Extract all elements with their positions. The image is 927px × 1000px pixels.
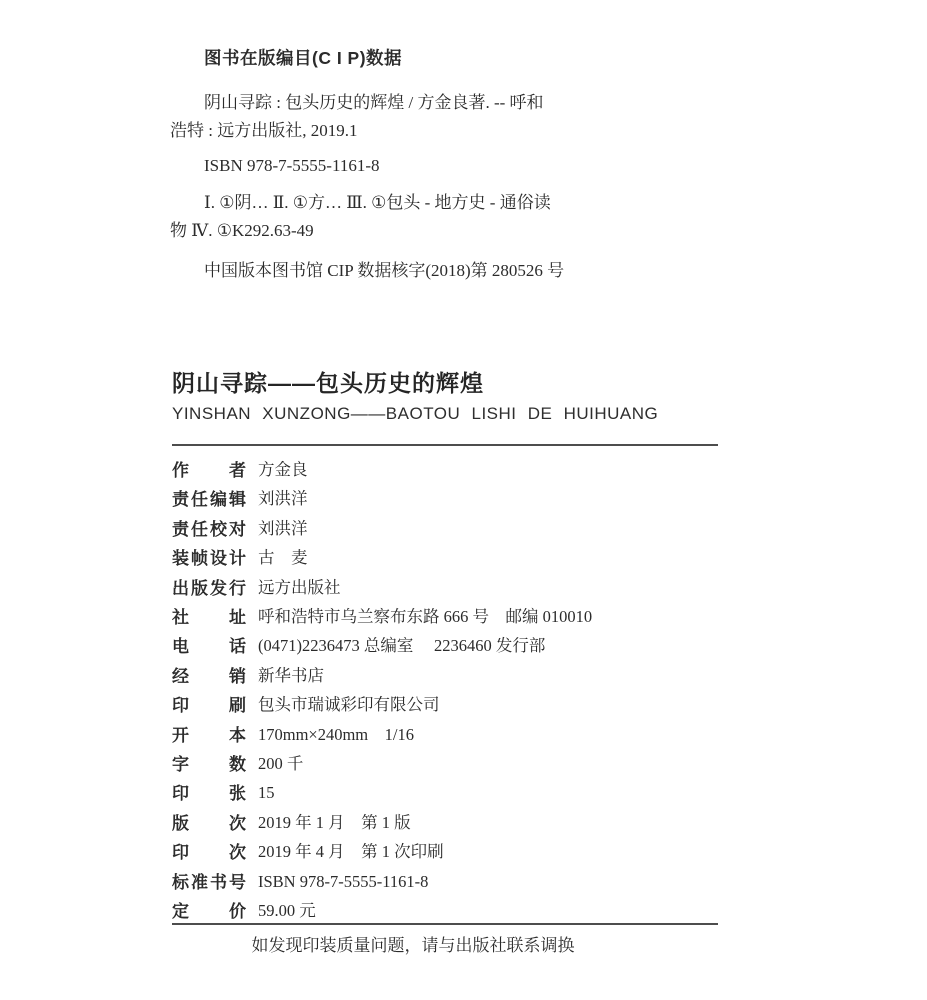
colophon-label: 出版发行 bbox=[172, 575, 246, 603]
colophon-row-author: 作者方金良 bbox=[172, 456, 742, 485]
colophon-value: 远方出版社 bbox=[258, 578, 341, 597]
colophon-label: 责任校对 bbox=[172, 516, 246, 544]
colophon-row-impression: 印次2019 年 4 月 第 1 次印刷 bbox=[172, 838, 742, 867]
colophon-row-publisher: 出版发行远方出版社 bbox=[172, 574, 742, 603]
colophon-row-distributor: 经销新华书店 bbox=[172, 662, 742, 691]
cip-classification-line1: Ⅰ. ①阴… Ⅱ. ①方… Ⅲ. ①包头 - 地方史 - 通俗读 bbox=[170, 189, 745, 217]
colophon-value: 方金良 bbox=[258, 460, 308, 479]
colophon-list: 作者方金良 责任编辑刘洪洋 责任校对刘洪洋 装帧设计古 麦 出版发行远方出版社 … bbox=[172, 456, 742, 927]
title-block: 阴山寻踪——包头历史的辉煌 YINSHAN XUNZONG——BAOTOU LI… bbox=[172, 368, 658, 425]
cip-header: 图书在版编目(C I P)数据 bbox=[170, 44, 745, 72]
colophon-label: 字数 bbox=[172, 751, 246, 779]
colophon-label: 印张 bbox=[172, 780, 246, 808]
colophon-value: 呼和浩特市乌兰察布东路 666 号 邮编 010010 bbox=[258, 607, 592, 626]
colophon-row-format: 开本170mm×240mm 1/16 bbox=[172, 721, 742, 750]
colophon-value: 2019 年 1 月 第 1 版 bbox=[258, 813, 411, 832]
colophon-label: 作者 bbox=[172, 457, 246, 485]
colophon-value: (0471)2236473 总编室 2236460 发行部 bbox=[258, 636, 545, 655]
cip-record-number: 中国版本图书馆 CIP 数据核字(2018)第 280526 号 bbox=[170, 257, 745, 285]
colophon-value: 15 bbox=[258, 783, 275, 802]
divider-rule-top bbox=[172, 444, 718, 446]
cip-description-line1: 阴山寻踪 : 包头历史的辉煌 / 方金良著. -- 呼和 bbox=[170, 89, 745, 117]
colophon-value: 新华书店 bbox=[258, 666, 324, 685]
colophon-label: 开本 bbox=[172, 722, 246, 750]
colophon-row-sheets: 印张15 bbox=[172, 779, 742, 808]
colophon-row-editor: 责任编辑刘洪洋 bbox=[172, 485, 742, 514]
colophon-value: ISBN 978-7-5555-1161-8 bbox=[258, 872, 428, 891]
cip-isbn: ISBN 978-7-5555-1161-8 bbox=[170, 152, 745, 180]
colophon-value: 2019 年 4 月 第 1 次印刷 bbox=[258, 842, 444, 861]
colophon-value: 包头市瑞诚彩印有限公司 bbox=[258, 695, 440, 714]
book-title-chinese: 阴山寻踪——包头历史的辉煌 bbox=[172, 368, 658, 398]
colophon-value: 刘洪洋 bbox=[258, 519, 308, 538]
colophon-row-printer: 印刷包头市瑞诚彩印有限公司 bbox=[172, 691, 742, 720]
colophon-label: 责任编辑 bbox=[172, 486, 246, 514]
colophon-row-wordcount: 字数200 千 bbox=[172, 750, 742, 779]
cip-classification-line2: 物 Ⅳ. ①K292.63-49 bbox=[170, 217, 745, 245]
colophon-row-isbn: 标准书号ISBN 978-7-5555-1161-8 bbox=[172, 868, 742, 897]
colophon-label: 电话 bbox=[172, 633, 246, 661]
colophon-row-address: 社址呼和浩特市乌兰察布东路 666 号 邮编 010010 bbox=[172, 603, 742, 632]
colophon-value: 200 千 bbox=[258, 754, 303, 773]
colophon-label: 版次 bbox=[172, 810, 246, 838]
colophon-label: 印次 bbox=[172, 839, 246, 867]
colophon-value: 59.00 元 bbox=[258, 901, 316, 920]
colophon-row-designer: 装帧设计古 麦 bbox=[172, 544, 742, 573]
colophon-label: 装帧设计 bbox=[172, 545, 246, 573]
colophon-label: 印刷 bbox=[172, 692, 246, 720]
copyright-page: 图书在版编目(C I P)数据 阴山寻踪 : 包头历史的辉煌 / 方金良著. -… bbox=[0, 0, 927, 1000]
colophon-label: 经销 bbox=[172, 663, 246, 691]
colophon-value: 刘洪洋 bbox=[258, 489, 308, 508]
colophon-label: 社址 bbox=[172, 604, 246, 632]
divider-rule-bottom bbox=[172, 923, 718, 925]
cip-description-line2: 浩特 : 远方出版社, 2019.1 bbox=[170, 117, 745, 145]
colophon-value: 古 麦 bbox=[258, 548, 308, 567]
cip-block: 图书在版编目(C I P)数据 阴山寻踪 : 包头历史的辉煌 / 方金良著. -… bbox=[170, 44, 745, 285]
colophon-value: 170mm×240mm 1/16 bbox=[258, 725, 414, 744]
quality-notice: 如发现印装质量问题，请与出版社联系调换 bbox=[172, 932, 654, 960]
book-title-pinyin: YINSHAN XUNZONG——BAOTOU LISHI DE HUIHUAN… bbox=[172, 403, 658, 425]
colophon-row-edition: 版次2019 年 1 月 第 1 版 bbox=[172, 809, 742, 838]
colophon-row-proofreader: 责任校对刘洪洋 bbox=[172, 515, 742, 544]
colophon-label: 标准书号 bbox=[172, 869, 246, 897]
colophon-row-phone: 电话(0471)2236473 总编室 2236460 发行部 bbox=[172, 632, 742, 661]
